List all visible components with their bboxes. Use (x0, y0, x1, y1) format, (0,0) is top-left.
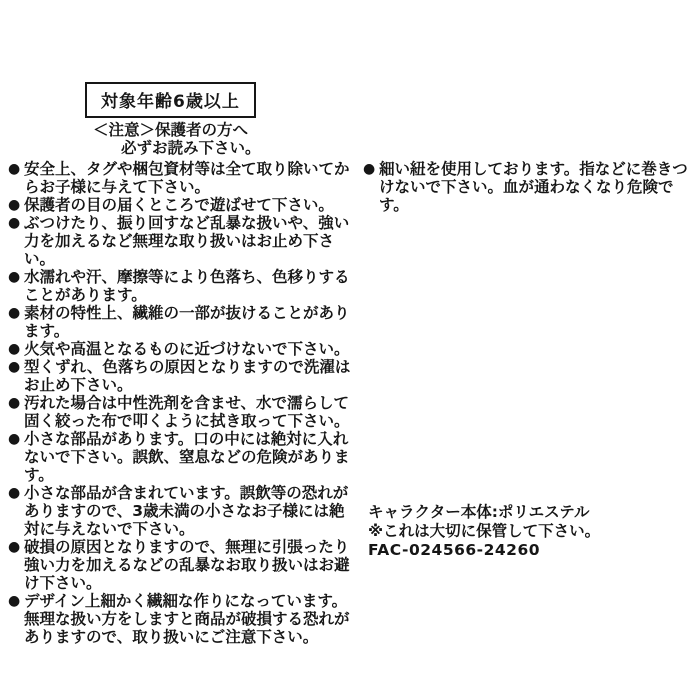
notice-text: 小さな部品が含まれています。誤飲等の恐れがありますので、3歳未満の小さなお子様に… (24, 484, 352, 538)
notice-text: 細い紐を使用しております。指などに巻きつけないで下さい。血が通わなくなり危険です… (379, 160, 697, 214)
notice-item: ● 素材の特性上、繊維の一部が抜けることがあります。 (8, 304, 352, 340)
notice-item: ● 小さな部品があります。口の中には絶対に入れないで下さい。誤飲、窒息などの危険… (8, 430, 352, 484)
notice-item: ● 破損の原因となりますので、無理に引張ったり強い力を加えるなどの乱暴なお取り扱… (8, 538, 352, 592)
notice-text: 火気や高温となるものに近づけないで下さい。 (24, 340, 352, 358)
notice-list-right: ● 細い紐を使用しております。指などに巻きつけないで下さい。血が通わなくなり危険… (363, 160, 697, 214)
bullet-icon: ● (8, 592, 24, 610)
notice-item: ● ぶつけたり、振り回すなど乱暴な扱いや、強い力を加えるなど無理な取り扱いはお止… (8, 214, 352, 268)
notice-item: ● デザイン上細かく繊細な作りになっています。無理な扱い方をしますと商品が破損す… (8, 592, 352, 646)
bullet-icon: ● (8, 340, 24, 358)
notice-text: 破損の原因となりますので、無理に引張ったり強い力を加えるなどの乱暴なお取り扱いは… (24, 538, 352, 592)
notice-item: ● 小さな部品が含まれています。誤飲等の恐れがありますので、3歳未満の小さなお子… (8, 484, 352, 538)
footer-info: キャラクター本体:ポリエステル ※これは大切に保管して下さい。 FAC-0245… (368, 503, 600, 560)
age-range-box: 対象年齢6歳以上 (85, 82, 256, 118)
notice-item: ● 細い紐を使用しております。指などに巻きつけないで下さい。血が通わなくなり危険… (363, 160, 697, 214)
notice-item: ● 火気や高温となるものに近づけないで下さい。 (8, 340, 352, 358)
notice-item: ● 保護者の目の届くところで遊ばせて下さい。 (8, 196, 352, 214)
bullet-icon: ● (8, 214, 24, 232)
notice-item: ● 型くずれ、色落ちの原因となりますので洗濯はお止め下さい。 (8, 358, 352, 394)
warning-label-page: 対象年齢6歳以上 ＜注意＞保護者の方へ 必ずお読み下さい。 ● 安全上、タグや梱… (0, 0, 700, 700)
notice-list-left: ● 安全上、タグや梱包資材等は全て取り除いてからお子様に与えて下さい。 ● 保護… (8, 160, 352, 646)
keep-note: ※これは大切に保管して下さい。 (368, 522, 600, 541)
notice-text: ぶつけたり、振り回すなど乱暴な扱いや、強い力を加えるなど無理な取り扱いはお止め下… (24, 214, 352, 268)
notice-text: 素材の特性上、繊維の一部が抜けることがあります。 (24, 304, 352, 340)
bullet-icon: ● (8, 538, 24, 556)
notice-item: ● 水濡れや汗、摩擦等により色落ち、色移りすることがあります。 (8, 268, 352, 304)
bullet-icon: ● (8, 268, 24, 286)
notice-item: ● 安全上、タグや梱包資材等は全て取り除いてからお子様に与えて下さい。 (8, 160, 352, 196)
age-range-label: 対象年齢6歳以上 (101, 92, 240, 112)
notice-text: 汚れた場合は中性洗剤を含ませ、水で濡らして固く絞った布で叩くように拭き取って下さ… (24, 394, 352, 430)
material-info: キャラクター本体:ポリエステル (368, 503, 600, 522)
notice-text: 安全上、タグや梱包資材等は全て取り除いてからお子様に与えて下さい。 (24, 160, 352, 196)
notice-item: ● 汚れた場合は中性洗剤を含ませ、水で濡らして固く絞った布で叩くように拭き取って… (8, 394, 352, 430)
product-code: FAC-024566-24260 (368, 541, 600, 560)
notice-text: 小さな部品があります。口の中には絶対に入れないで下さい。誤飲、窒息などの危険があ… (24, 430, 352, 484)
bullet-icon: ● (8, 394, 24, 412)
bullet-icon: ● (8, 484, 24, 502)
notice-text: 型くずれ、色落ちの原因となりますので洗濯はお止め下さい。 (24, 358, 352, 394)
bullet-icon: ● (8, 358, 24, 376)
bullet-icon: ● (363, 160, 379, 178)
bullet-icon: ● (8, 196, 24, 214)
bullet-icon: ● (8, 160, 24, 178)
notice-text: デザイン上細かく繊細な作りになっています。無理な扱い方をしますと商品が破損する恐… (24, 592, 352, 646)
notice-text: 保護者の目の届くところで遊ばせて下さい。 (24, 196, 352, 214)
notice-text: 水濡れや汗、摩擦等により色落ち、色移りすることがあります。 (24, 268, 352, 304)
caution-subheading: 必ずお読み下さい。 (121, 136, 261, 158)
bullet-icon: ● (8, 430, 24, 448)
bullet-icon: ● (8, 304, 24, 322)
